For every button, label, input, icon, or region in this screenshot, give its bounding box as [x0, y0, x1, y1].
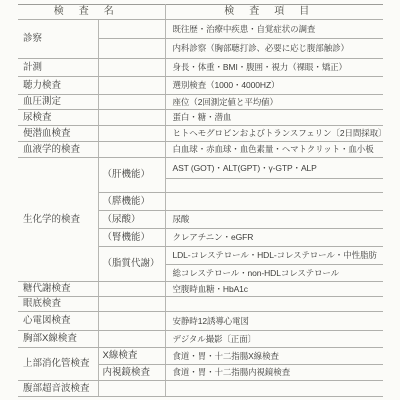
empty-sub-cell: [98, 20, 165, 39]
empty-sub-cell: [98, 59, 165, 77]
exam-name-header: 検査名: [18, 5, 165, 20]
exam-name-cell: 血液学的検査: [18, 142, 98, 158]
table-row: 尿検査 蛋白・糖・潜血: [18, 110, 383, 126]
table-row: 心電図検査 安静時12誘導心電図: [18, 312, 383, 331]
empty-sub-cell: [98, 282, 165, 297]
exam-item-cell: 蛋白・糖・潜血: [165, 110, 383, 126]
exam-subname-cell: （腎機能）: [98, 229, 165, 247]
empty-sub-cell: [98, 126, 165, 142]
exam-name-cell: 胸部X線検査: [18, 331, 98, 348]
table-row: 生化学的検査 （肝機能） AST (GOT)・ALT(GPT)・γ-GTP・AL…: [18, 158, 383, 179]
exam-name-cell: 尿検査: [18, 110, 98, 126]
exam-name-cell: 生化学的検査: [18, 158, 98, 282]
table-row: 血液学的検査 白血球・赤血球・血色素量・ヘマトクリット・血小板: [18, 142, 383, 158]
exam-name-cell: 便潜血検査: [18, 126, 98, 142]
exam-item-cell: 内科診察（胸部聴打診、必要に応じ腹部触診）: [165, 39, 383, 59]
empty-sub-cell: [98, 381, 165, 397]
exam-name-cell: 眼底検査: [18, 297, 98, 312]
exam-subname-cell: （膵機能）: [98, 193, 165, 211]
exam-name-cell: 計測: [18, 59, 98, 77]
table-row: 診察 既往歴・治療中疾患・自覚症状の調査: [18, 20, 383, 39]
table-row: 血圧測定 座位（2回測定値と平均値）: [18, 95, 383, 110]
exam-subname-cell: 内視鏡検査: [98, 365, 165, 381]
exam-item-cell: 食道・胃・十二指腸内視鏡検査: [165, 365, 383, 381]
exam-table-sheet: 検査名 検査項目 診察 既往歴・治療中疾患・自覚症状の調査 内科診察（胸部聴打診…: [18, 4, 383, 397]
table-row: 計測 身長・体重・BMI・腹囲・視力（裸眼・矯正）: [18, 59, 383, 77]
exam-item-cell: 選別検査（1000・4000HZ）: [165, 77, 383, 95]
exam-items-header: 検査項目: [165, 5, 383, 20]
exam-name-cell: 糖代謝検査: [18, 282, 98, 297]
table-row: 便潜血検査 ヒトヘモグロビンおよびトランスフェリン〔2日間採取〕: [18, 126, 383, 142]
exam-subname-cell: （肝機能）: [98, 158, 165, 193]
exam-item-cell: 身長・体重・BMI・腹囲・視力（裸眼・矯正）: [165, 59, 383, 77]
exam-item-cell: 食道・胃・十二指腸X線検査: [165, 348, 383, 365]
exam-item-cell: 尿酸: [165, 211, 383, 229]
empty-sub-cell: [98, 95, 165, 110]
table-row: 胸部X線検査 デジタル撮影〔正面〕: [18, 331, 383, 348]
table-row: 聴力検査 選別検査（1000・4000HZ）: [18, 77, 383, 95]
table-row: 上部消化管検査 X線検査 食道・胃・十二指腸X線検査: [18, 348, 383, 365]
empty-item-cell: [165, 381, 383, 397]
table-row: 腹部超音波検査: [18, 381, 383, 397]
exam-item-cell: 総コレステロール・non-HDLコレステロール: [165, 265, 383, 282]
empty-sub-cell: [98, 297, 165, 312]
empty-sub-cell: [98, 142, 165, 158]
exam-subname-cell: X線検査: [98, 348, 165, 365]
exam-name-cell: 腹部超音波検査: [18, 381, 98, 397]
empty-item-cell: [165, 193, 383, 211]
empty-sub-cell: [98, 39, 165, 59]
exam-table: 検査名 検査項目 診察 既往歴・治療中疾患・自覚症状の調査 内科診察（胸部聴打診…: [18, 4, 383, 397]
empty-item-cell: [165, 179, 383, 193]
table-header-row: 検査名 検査項目: [18, 5, 383, 20]
exam-name-cell: 上部消化管検査: [18, 348, 98, 381]
exam-item-cell: デジタル撮影〔正面〕: [165, 331, 383, 348]
exam-item-cell: 既往歴・治療中疾患・自覚症状の調査: [165, 20, 383, 39]
exam-item-cell: LDL-コレステロール・HDL-コレステロール・中性脂肪: [165, 247, 383, 265]
empty-item-cell: [165, 297, 383, 312]
exam-item-cell: 座位（2回測定値と平均値）: [165, 95, 383, 110]
empty-sub-cell: [98, 331, 165, 348]
exam-item-cell: 白血球・赤血球・血色素量・ヘマトクリット・血小板: [165, 142, 383, 158]
exam-item-cell: AST (GOT)・ALT(GPT)・γ-GTP・ALP: [165, 158, 383, 179]
exam-item-cell: 空腹時血糖・HbA1c: [165, 282, 383, 297]
exam-subname-cell: （尿酸）: [98, 211, 165, 229]
exam-item-cell: ヒトヘモグロビンおよびトランスフェリン〔2日間採取〕: [165, 126, 383, 142]
exam-name-cell: 診察: [18, 20, 98, 59]
empty-sub-cell: [98, 77, 165, 95]
exam-item-cell: 安静時12誘導心電図: [165, 312, 383, 331]
empty-sub-cell: [98, 312, 165, 331]
table-row: 糖代謝検査 空腹時血糖・HbA1c: [18, 282, 383, 297]
table-row: 眼底検査: [18, 297, 383, 312]
empty-sub-cell: [98, 110, 165, 126]
exam-name-cell: 血圧測定: [18, 95, 98, 110]
exam-subname-cell: （脂質代謝）: [98, 247, 165, 282]
exam-item-cell: クレアチニン・eGFR: [165, 229, 383, 247]
exam-name-cell: 聴力検査: [18, 77, 98, 95]
exam-name-cell: 心電図検査: [18, 312, 98, 331]
